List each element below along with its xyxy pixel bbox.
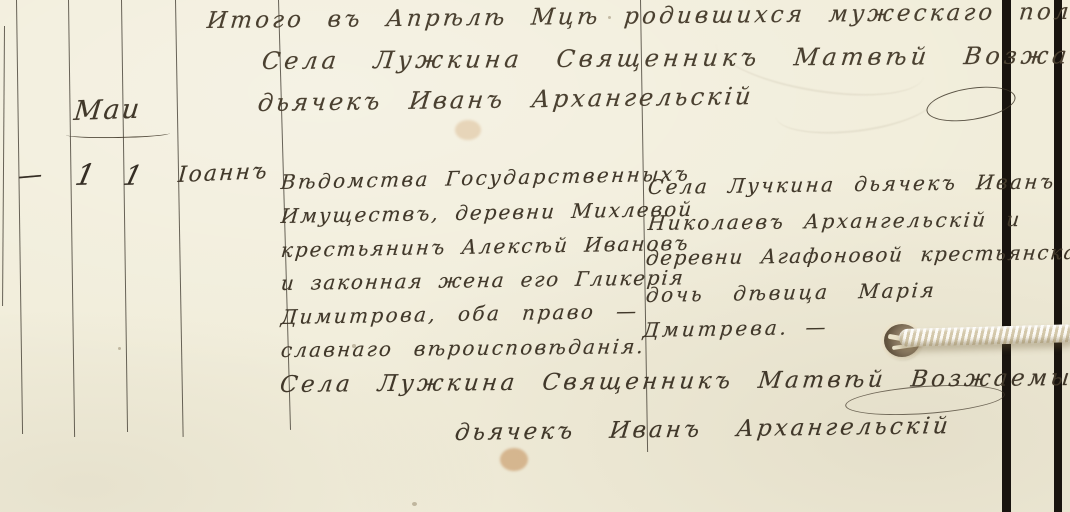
parents-line-6: славнаго вѣроисповѣданія.	[280, 334, 647, 362]
scanned-register-page: Итого въ Апрѣлѣ Мцѣ родившихся мужескаго…	[0, 0, 1070, 512]
column-rule-3	[121, 0, 128, 432]
parents-line-2: Имуществъ, деревни Михлевой	[280, 197, 694, 228]
column-rule-2	[68, 0, 75, 437]
column-rule-edge	[2, 26, 5, 306]
signature-clerk-line: дьячекъ Иванъ Архангельскій	[454, 413, 953, 446]
paper-stain-2	[500, 448, 528, 471]
parents-line-4: и законная жена его Гликерія	[280, 265, 686, 295]
witnesses-line-5: Дмитрева. —	[642, 315, 830, 342]
paper-speck-1	[352, 344, 356, 348]
witnesses-line-1: Села Лучкина дьячекъ Иванъ	[647, 169, 1057, 199]
infant-name: Іоаннъ	[177, 159, 270, 188]
header-clerk-line: дьячекъ Иванъ Архангельскій	[256, 82, 755, 117]
paper-speck-4	[118, 347, 121, 350]
column-rule-4	[175, 0, 184, 437]
binding-thread	[899, 324, 1070, 347]
header-total-line: Итого въ Апрѣлѣ Мцѣ родившихся мужескаго…	[206, 0, 1070, 34]
witnesses-line-4: дочь дѣвица Марія	[645, 278, 938, 307]
parents-line-3: крестьянинъ Алексѣй Ивановъ	[280, 231, 691, 262]
month-label: Маи	[72, 94, 142, 127]
parents-line-1: Вѣдомства Государственныхъ	[280, 161, 691, 194]
paper-speck-2	[412, 502, 417, 506]
witnesses-line-2: Николаевъ Архангельскій и	[647, 207, 1023, 235]
tally-dash: —	[17, 160, 43, 190]
paper-stain-1	[455, 120, 481, 140]
header-priest-line: Села Лужкина Священникъ Матвѣй Возжаемый	[260, 41, 1070, 75]
column-rule-1	[16, 0, 23, 434]
month-underline	[66, 129, 170, 139]
parents-line-5: Димитрова, оба право —	[280, 299, 640, 329]
male-count: 1	[72, 157, 98, 192]
paper-speck-3	[608, 16, 611, 19]
